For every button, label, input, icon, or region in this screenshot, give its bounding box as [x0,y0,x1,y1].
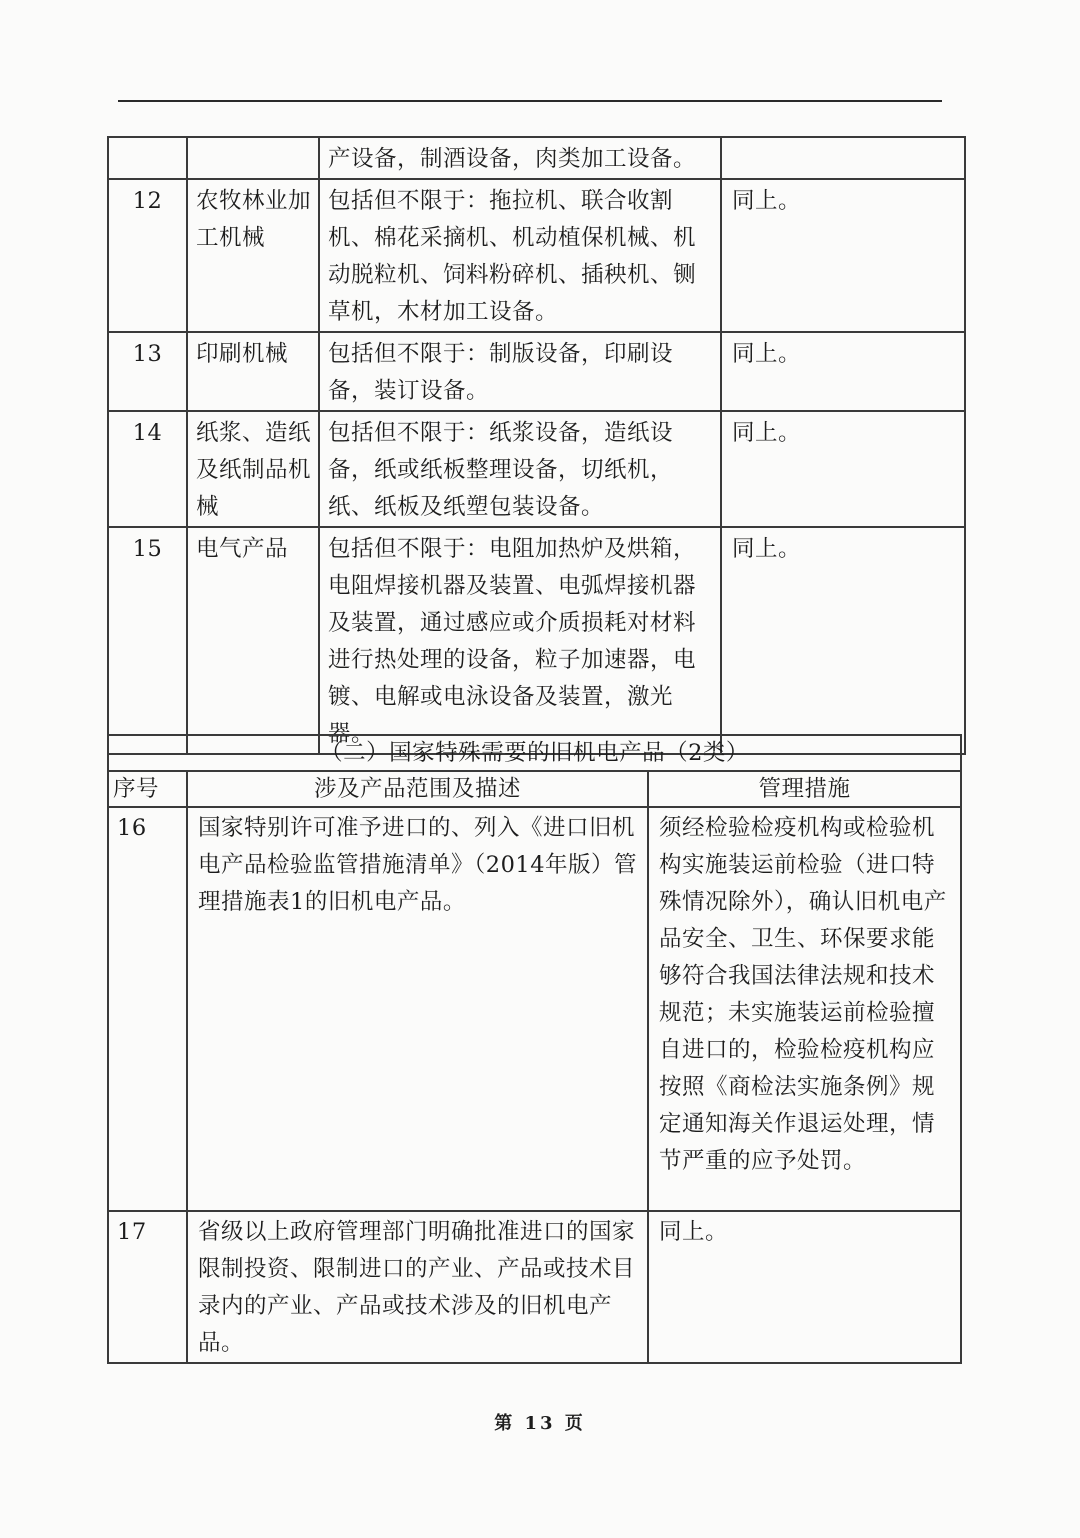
row-number: 14 [108,411,187,527]
header-description: 涉及产品范围及描述 [187,771,648,807]
row-number: 17 [108,1211,187,1363]
row-description: 包括但不限于：电阻加热炉及烘箱，电阻焊接机器及装置、电弧焊接机器及装置，通过感应… [319,527,721,754]
table-row: 14 纸浆、造纸及纸制品机械 包括但不限于：纸浆设备，造纸设备，纸或纸板整理设备… [108,411,965,527]
header-measures: 管理措施 [648,771,961,807]
row-description: 省级以上政府管理部门明确批准进口的国家限制投资、限制进口的产业、产品或技术目录内… [187,1211,648,1363]
row-description: 包括但不限于：纸浆设备，造纸设备，纸或纸板整理设备，切纸机，纸、纸板及纸塑包装设… [319,411,721,527]
row-description: 产设备，制酒设备，肉类加工设备。 [319,137,721,179]
equipment-table-continued: 产设备，制酒设备，肉类加工设备。 12 农牧林业加工机械 包括但不限于：拖拉机、… [107,136,966,755]
row-number [108,137,187,179]
section-title: （二）国家特殊需要的旧机电产品（2类） [108,735,961,771]
table-row: 15 电气产品 包括但不限于：电阻加热炉及烘箱，电阻焊接机器及装置、电弧焊接机器… [108,527,965,754]
header-number: 序号 [108,771,187,807]
row-category: 电气产品 [187,527,319,754]
section-title-row: （二）国家特殊需要的旧机电产品（2类） [108,735,961,771]
table-row: 13 印刷机械 包括但不限于：制版设备，印刷设备，装订设备。 同上。 [108,332,965,411]
row-category: 纸浆、造纸及纸制品机械 [187,411,319,527]
row-description: 包括但不限于：制版设备，印刷设备，装订设备。 [319,332,721,411]
row-number: 15 [108,527,187,754]
row-description: 包括但不限于：拖拉机、联合收割机、棉花采摘机、机动植保机械、机动脱粒机、饲料粉碎… [319,179,721,332]
row-measures: 须经检验检疫机构或检验机构实施装运前检验（进口特殊情况除外），确认旧机电产品安全… [648,807,961,1211]
table-row: 12 农牧林业加工机械 包括但不限于：拖拉机、联合收割机、棉花采摘机、机动植保机… [108,179,965,332]
header-rule [118,100,942,102]
header-row: 序号 涉及产品范围及描述 管理措施 [108,771,961,807]
table-row: 产设备，制酒设备，肉类加工设备。 [108,137,965,179]
row-category: 农牧林业加工机械 [187,179,319,332]
special-needs-table: （二）国家特殊需要的旧机电产品（2类） 序号 涉及产品范围及描述 管理措施 16… [107,734,962,1364]
table-row: 17 省级以上政府管理部门明确批准进口的国家限制投资、限制进口的产业、产品或技术… [108,1211,961,1363]
row-measures: 同上。 [721,411,965,527]
row-number: 13 [108,332,187,411]
row-measures: 同上。 [648,1211,961,1363]
row-description: 国家特别许可准予进口的、列入《进口旧机电产品检验监管措施清单》（2014年版）管… [187,807,648,1211]
table-row: 16 国家特别许可准予进口的、列入《进口旧机电产品检验监管措施清单》（2014年… [108,807,961,1211]
row-category [187,137,319,179]
row-number: 12 [108,179,187,332]
row-measures: 同上。 [721,179,965,332]
page-number: 第 13 页 [0,1409,1080,1435]
row-number: 16 [108,807,187,1211]
row-measures [721,137,965,179]
row-measures: 同上。 [721,332,965,411]
row-measures: 同上。 [721,527,965,754]
row-category: 印刷机械 [187,332,319,411]
